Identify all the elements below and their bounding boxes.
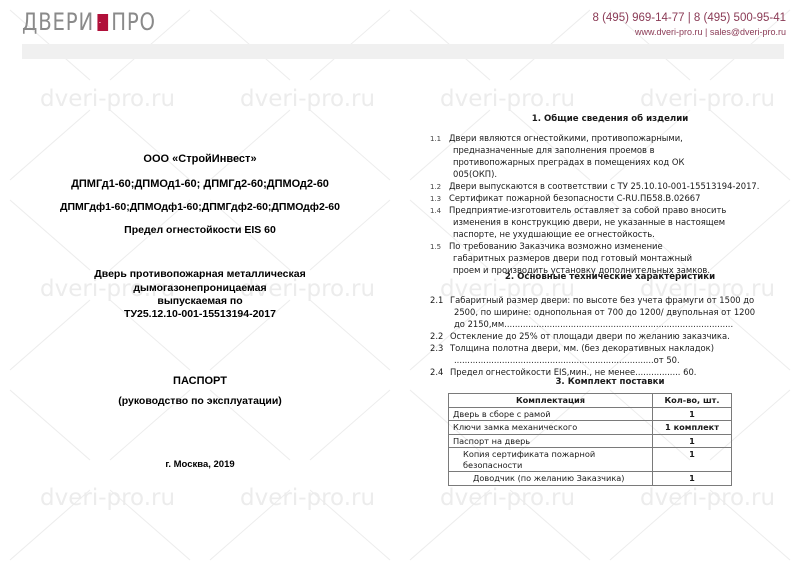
cell-item: Паспорт на дверь: [449, 434, 653, 448]
table-row: Ключи замка механического1 комплект: [449, 421, 732, 435]
paragraph-continuation: 2500, по ширине: однопольная от 700 до 1…: [454, 306, 755, 318]
column-header-qty: Кол-во, шт.: [653, 394, 732, 408]
passport-cover-page: ООО «СтройИнвест» ДПМГд1-60;ДПМОд1-60; Д…: [0, 60, 400, 566]
paragraph-continuation: габаритных размеров двери под готовый мо…: [453, 252, 692, 264]
paragraph-number: 1.1: [430, 133, 449, 145]
paragraph-continuation: противопожарных преградах в помещениях к…: [453, 156, 684, 168]
paragraph-text: Сертификат пожарной безопасности C-RU.ПБ…: [449, 193, 700, 203]
paragraph-item: 2.1Габаритный размер двери: по высоте бе…: [430, 294, 754, 306]
table-row: Копия сертификата пожарной безопасности1: [449, 448, 732, 472]
description-line-3: выпускаемая по: [0, 295, 400, 307]
column-header-item: Комплектация: [449, 394, 653, 408]
paragraph-text: По требованию Заказчика возможно изменен…: [449, 241, 663, 251]
company-name: ООО «СтройИнвест»: [0, 153, 400, 165]
logo-text-left: ДВЕРИ: [22, 8, 94, 36]
cell-item: Ключи замка механического: [449, 421, 653, 435]
paragraph-continuation: ........................................…: [454, 354, 680, 366]
table-row: Дверь в сборе с рамой1: [449, 407, 732, 421]
paragraph-number: 2.2: [430, 330, 450, 342]
paragraph-continuation: паспорте, не ухудшающие ее огнестойкость…: [453, 228, 655, 240]
table-row: Доводчик (по желанию Заказчика)1: [449, 472, 732, 486]
cell-item: Копия сертификата пожарной безопасности: [449, 448, 653, 472]
table-row: Паспорт на дверь1: [449, 434, 732, 448]
site-email-links[interactable]: www.dveri-pro.ru | sales@dveri-pro.ru: [592, 27, 786, 37]
watermark-text: dveri-pro.ru: [440, 485, 575, 511]
models-line-1: ДПМГд1-60;ДПМОд1-60; ДПМГд2-60;ДПМОд2-60: [0, 178, 400, 190]
watermark-text: dveri-pro.ru: [640, 485, 775, 511]
section-3-title: 3. Комплект поставки: [420, 377, 800, 387]
place-year: г. Москва, 2019: [0, 459, 400, 470]
paragraph-text: Габаритный размер двери: по высоте без у…: [450, 295, 754, 305]
document-title: ПАСПОРТ: [0, 375, 400, 387]
cell-qty: 1: [653, 448, 732, 472]
door-icon: [97, 14, 108, 31]
paragraph-continuation: изменения в конструкцию двери, не указан…: [453, 216, 725, 228]
paragraph-number: 1.5: [430, 241, 449, 253]
fire-resistance-limit: Предел огнестойкости EIS 60: [0, 224, 400, 236]
delivery-set-table: Комплектация Кол-во, шт. Дверь в сборе с…: [448, 393, 732, 486]
section-2-title: 2. Основные технические характеристики: [420, 272, 800, 282]
watermark-text: dveri-pro.ru: [640, 86, 775, 112]
watermark-text: dveri-pro.ru: [440, 86, 575, 112]
paragraph-text: Двери выпускаются в соответствии с ТУ 25…: [449, 181, 759, 191]
logo-text-right: ПРО: [111, 8, 156, 36]
description-line-1: Дверь противопожарная металлическая: [0, 268, 400, 280]
paragraph-text: Предел огнестойкости EIS,мин., не менее.…: [450, 367, 696, 377]
cell-qty: 1: [653, 407, 732, 421]
table-header-row: Комплектация Кол-во, шт.: [449, 394, 732, 408]
cell-qty: 1: [653, 434, 732, 448]
paragraph-number: 2.1: [430, 294, 450, 306]
description-line-4: ТУ25.12.10-001-15513194-2017: [0, 308, 400, 320]
paragraph-continuation: 005(ОКП).: [453, 168, 497, 180]
cell-item: Доводчик (по желанию Заказчика): [449, 472, 653, 486]
cell-item: Дверь в сборе с рамой: [449, 407, 653, 421]
paragraph-continuation: до 2150,мм..............................…: [454, 318, 733, 330]
paragraph-number: 1.4: [430, 205, 449, 217]
header-divider-bar: [22, 44, 784, 59]
paragraph-text: Остекление до 25% от площади двери по же…: [450, 331, 730, 341]
phone-numbers[interactable]: 8 (495) 969-14-77 | 8 (495) 500-95-41: [592, 12, 786, 24]
paragraph-item: 2.2Остекление до 25% от площади двери по…: [430, 330, 730, 342]
cell-qty: 1 комплект: [653, 421, 732, 435]
description-line-2: дымогазонепроницаемая: [0, 282, 400, 294]
brand-logo[interactable]: ДВЕРИ ПРО: [22, 9, 156, 35]
paragraph-continuation: предназначенные для заполнения проемов в: [453, 144, 655, 156]
paragraph-text: Толщина полотна двери, мм. (без декорати…: [450, 343, 714, 353]
paragraph-text: Двери являются огнестойкими, противопожа…: [449, 133, 683, 143]
document-subtitle: (руководство по эксплуатации): [0, 395, 400, 407]
contacts: 8 (495) 969-14-77 | 8 (495) 500-95-41 ww…: [592, 12, 786, 37]
models-line-2: ДПМГдф1-60;ДПМОдф1-60;ДПМГдф2-60;ДПМОдф2…: [0, 201, 400, 213]
paragraph-number: 2.3: [430, 342, 450, 354]
paragraph-item: 2.3Толщина полотна двери, мм. (без декор…: [430, 342, 714, 354]
paragraph-text: Предприятие-изготовитель оставляет за со…: [449, 205, 726, 215]
cell-qty: 1: [653, 472, 732, 486]
section-1-title: 1. Общие сведения об изделии: [420, 114, 800, 124]
